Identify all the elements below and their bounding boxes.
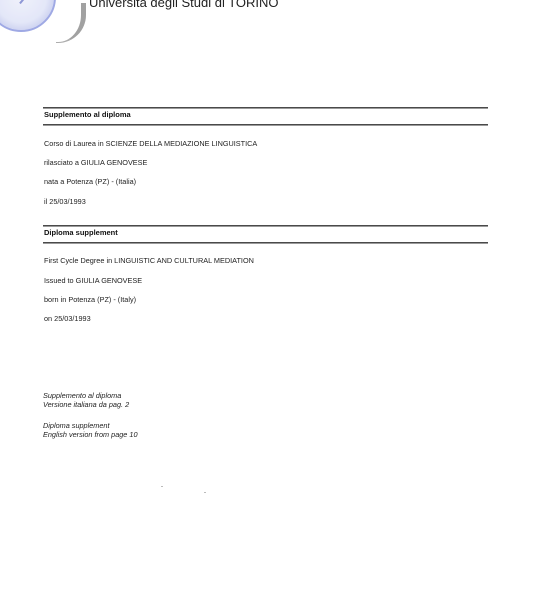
section-heading-italian: Supplemento al diploma — [44, 110, 131, 119]
scan-speck — [161, 486, 163, 487]
issued-line-en: Issued to GIULIA GENOVESE — [44, 276, 142, 285]
section-heading-english: Diploma supplement — [44, 228, 118, 237]
divider-bottom — [43, 242, 488, 244]
degree-line-en: First Cycle Degree in LINGUISTIC AND CUL… — [44, 256, 254, 265]
birthdate-line-it: il 25/03/1993 — [44, 197, 86, 206]
university-seal-icon — [0, 0, 56, 32]
divider-bottom — [43, 124, 488, 126]
divider-top — [43, 225, 488, 227]
note-english-version: Diploma supplement English version from … — [43, 422, 138, 439]
birthdate-line-en: on 25/03/1993 — [44, 314, 91, 323]
university-title: Università degli Studi di TORINO — [89, 0, 279, 10]
note-italian-version: Supplemento al diploma Versione italiana… — [43, 392, 129, 409]
scan-speck — [204, 492, 206, 493]
birthplace-line-it: nata a Potenza (PZ) - (Italia) — [44, 177, 136, 186]
note-page-ref: English version from page 10 — [43, 431, 138, 440]
issued-line-it: rilasciato a GIULIA GENOVESE — [44, 158, 147, 167]
birthplace-line-en: born in Potenza (PZ) - (Italy) — [44, 295, 136, 304]
degree-line-it: Corso di Laurea in SCIENZE DELLA MEDIAZI… — [44, 139, 257, 148]
divider-top — [43, 107, 488, 109]
note-page-ref: Versione italiana da pag. 2 — [43, 401, 129, 410]
crest-icon — [56, 3, 86, 43]
